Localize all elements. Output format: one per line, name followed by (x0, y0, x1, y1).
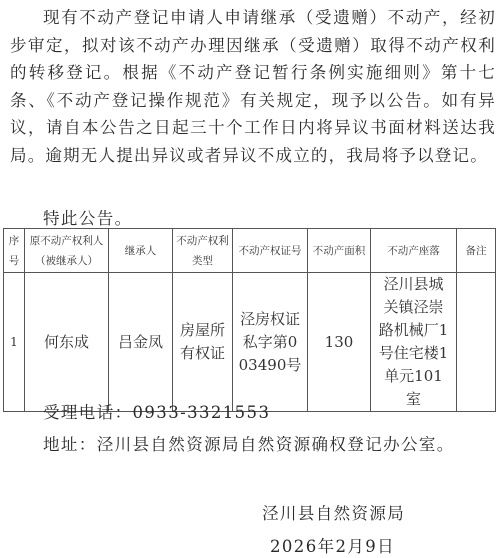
header-original-owner: 原不动产权利人（被继承人） (25, 229, 109, 273)
header-heir: 继承人 (109, 229, 173, 273)
notice-closing: 特此公告。 (43, 205, 133, 229)
header-right-type: 不动产权利类型 (173, 229, 233, 273)
signature-org: 泾川县自然资源局 (262, 500, 405, 524)
cell-right-type: 房屋所有权证 (173, 273, 233, 412)
header-area: 不动产面积 (308, 229, 371, 273)
contact-phone: 受理电话：0933-3321553 (43, 399, 270, 423)
cell-seq: 1 (4, 273, 25, 412)
cell-remarks (457, 273, 496, 412)
table-row: 1 何东成 吕金凤 房屋所有权证 泾房权证私字第003490号 130 泾川县城… (4, 273, 496, 412)
header-certificate-no: 不动产权证号 (233, 229, 308, 273)
table-header-row: 序号 原不动产权利人（被继承人） 继承人 不动产权利类型 不动产权证号 不动产面… (4, 229, 496, 273)
signature-date: 2026年2月9日 (270, 533, 395, 557)
cell-certificate-no: 泾房权证私字第003490号 (233, 273, 308, 412)
header-remarks: 备注 (457, 229, 496, 273)
cell-location: 泾川县城关镇泾崇路机械厂1号住宅楼1单元101室 (371, 273, 457, 412)
contact-address: 地址：泾川县自然资源局自然资源确权登记办公室。 (43, 431, 455, 455)
cell-original-owner: 何东成 (25, 273, 109, 412)
notice-body-paragraph: 现有不动产登记申请人申请继承（受遗赠）不动产，经初步审定，拟对该不动产办理因继承… (10, 4, 496, 169)
cell-area: 130 (308, 273, 371, 412)
header-seq: 序号 (4, 229, 25, 273)
property-inheritance-table: 序号 原不动产权利人（被继承人） 继承人 不动产权利类型 不动产权证号 不动产面… (3, 228, 496, 412)
cell-heir: 吕金凤 (109, 273, 173, 412)
header-location: 不动产座落 (371, 229, 457, 273)
